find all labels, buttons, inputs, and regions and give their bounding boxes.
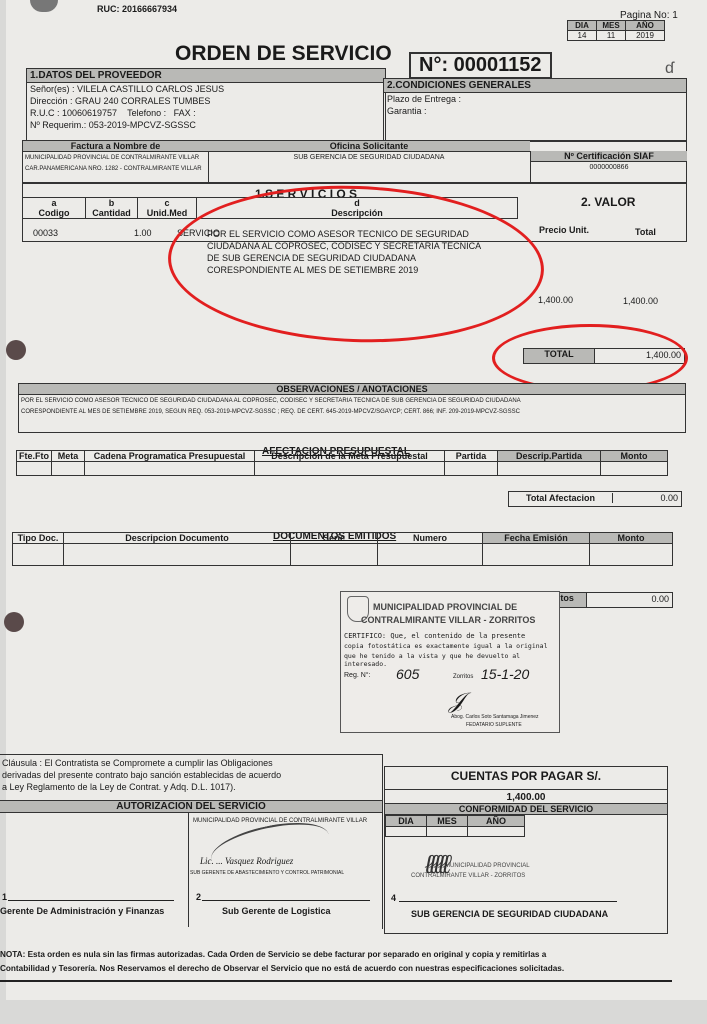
dia-label: DIA — [568, 21, 597, 31]
dia-value: 14 — [568, 31, 597, 41]
divider — [0, 754, 382, 755]
delivery-term: Plazo de Entrega : — [384, 93, 686, 105]
provider-section-title: 1.DATOS DEL PROVEEDOR — [27, 69, 385, 83]
observations-line2: CORESPONDIENTE AL MES DE SETIEMBRE 2019,… — [19, 404, 685, 415]
sig2-number: 2 — [196, 892, 201, 902]
conditions-section-title: 2.CONDICIONES GENERALES — [384, 79, 686, 93]
payable-amount: 1,400.00 — [385, 790, 667, 803]
provider-contact-row: R.U.C : 10060619757 Telefono : FAX : — [27, 107, 385, 119]
stamp-cert1: CERTIFICO: Que, el contenido de la prese… — [344, 632, 525, 640]
factura-line1: MUNICIPALIDAD PROVINCIAL DE CONTRALMIRAN… — [23, 152, 208, 161]
factura-line2: CAR.PANAMERICANA NRO. 1282 - CONTRALMIRA… — [23, 161, 208, 172]
sig4-label: SUB GERENCIA DE SEGURIDAD CIUDADANA — [411, 909, 608, 919]
handwritten-mark-icon: ɗ — [665, 60, 674, 78]
conformity-date: DIAMESAÑO — [385, 815, 525, 837]
col-codigo: aCodigo — [23, 198, 86, 219]
mes-value: 11 — [597, 31, 626, 41]
documents-col: Fecha Emisión — [483, 533, 590, 544]
col-cantidad: bCantidad — [86, 198, 138, 219]
stamp-reg-label: Reg. N°: — [344, 672, 371, 679]
service-codigo: 00033 — [33, 228, 58, 238]
col-precio: Precio Unit. — [539, 225, 589, 235]
provider-fax: FAX : — [174, 108, 196, 118]
provider-requirement: Nº Requerim.: 053-2019-MPCVZ-SGSSC — [27, 119, 385, 131]
documents-total-value: 0.00 — [651, 594, 669, 604]
certification-stamp: MUNICIPALIDAD PROVINCIAL DE CONTRALMIRAN… — [340, 591, 560, 733]
documents-col: Descripcion Documento — [64, 533, 291, 544]
footer-note: NOTA: Esta orden es nula sin las firmas … — [0, 948, 564, 976]
order-number: N°: 00001152 — [409, 52, 552, 79]
provider-section: 1.DATOS DEL PROVEEDOR Señor(es) : VILELA… — [26, 68, 386, 142]
date-box: DIAMESAÑO 14112019 — [567, 20, 665, 41]
sig2-label: Sub Gerente de Logistica — [222, 906, 331, 916]
signature-mark-icon: 𝒥 — [449, 688, 464, 714]
budget-col: Partida — [445, 451, 498, 462]
documents-col: Tipo Doc. — [13, 533, 64, 544]
mes-label: MES — [597, 21, 626, 31]
observations-section: OBSERVACIONES / ANOTACIONES POR EL SERVI… — [18, 383, 686, 433]
stamp-reg-value: 605 — [396, 666, 419, 682]
conditions-section: 2.CONDICIONES GENERALES Plazo de Entrega… — [383, 78, 687, 142]
col-unid: cUnid.Med — [138, 198, 197, 219]
budget-total: Total Afectacion 0.00 — [508, 491, 682, 507]
stamp-date-value: 15-1-20 — [481, 666, 529, 682]
punch-hole — [4, 612, 24, 632]
observations-line1: POR EL SERVICIO COMO ASESOR TECNICO DE S… — [19, 395, 685, 404]
oficina-label: Oficina Solicitante — [208, 141, 530, 152]
documents-col: Numero — [378, 533, 483, 544]
stamp-line1: MUNICIPALIDAD PROVINCIAL DE — [373, 602, 517, 612]
clause-text: Cláusula : El Contratista se Compromete … — [2, 757, 281, 793]
divider — [382, 754, 383, 929]
budget-total-label: Total Afectacion — [509, 493, 613, 503]
billing-row: Factura a Nombre de MUNICIPALIDAD PROVIN… — [22, 140, 687, 184]
annotation-ellipse-total — [492, 324, 688, 392]
punch-hole — [6, 340, 26, 360]
budget-col: Descrip.Partida — [498, 451, 601, 462]
service-precio: 1,400.00 — [538, 295, 573, 305]
siaf-label: Nº Certificación SIAF — [531, 151, 687, 162]
stamp-date-label: Zorritos — [453, 674, 473, 680]
oficina-value: SUB GERENCIA DE SEGURIDAD CIUDADANA — [208, 152, 530, 161]
payable-title: CUENTAS POR PAGAR S/. — [385, 767, 667, 790]
divider — [0, 980, 672, 982]
sig4-stamp1: MUNICIPALIDAD PROVINCIAL — [445, 863, 530, 869]
col-total: Total — [635, 227, 656, 237]
documents-table: Tipo Doc. Descripcion Documento Serie Nu… — [12, 532, 673, 566]
stamp-signer: Abog. Carlos Soto Santamaga Jimenez — [451, 714, 539, 720]
siaf-cell: Nº Certificación SIAF 0000000866 — [530, 151, 687, 183]
sig1-line — [8, 900, 174, 901]
budget-col: Meta — [52, 451, 85, 462]
stamp-signer-role: FEDATARIO SUPLENTE — [466, 722, 522, 728]
sig1-label: Gerente De Administración y Finanzas — [0, 906, 164, 916]
stamp-line2: CONTRALMIRANTE VILLAR - ZORRITOS — [361, 615, 535, 625]
valor-title: 2. VALOR — [581, 195, 635, 209]
provider-address: Dirección : GRAU 240 CORRALES TUMBES — [27, 95, 385, 107]
sig4-number: 4 — [391, 893, 396, 903]
ano-label: AÑO — [626, 21, 665, 31]
budget-col: Cadena Programatica Presupuestal — [85, 451, 255, 462]
payable-section: CUENTAS POR PAGAR S/. 1,400.00 CONFORMID… — [384, 766, 668, 934]
signature-loops-icon: ℓℓℓℓℓ — [425, 849, 447, 880]
service-cantidad: 1.00 — [134, 228, 152, 238]
oficina-cell: Oficina Solicitante SUB GERENCIA DE SEGU… — [208, 141, 530, 183]
provider-ruc: R.U.C : 10060619757 — [30, 108, 117, 118]
documents-col: Monto — [590, 533, 673, 544]
sig4-line — [399, 901, 617, 902]
conformity-title: CONFORMIDAD DEL SERVICIO — [385, 803, 667, 815]
page-title: ORDEN DE SERVICIO — [175, 42, 392, 66]
provider-name: Señor(es) : VILELA CASTILLO CARLOS JESUS — [27, 83, 385, 95]
factura-label: Factura a Nombre de — [23, 141, 208, 152]
provider-phone: Telefono : — [127, 108, 166, 118]
divider — [188, 812, 189, 927]
stamp-cert2: copia fotostática es exactamente igual a… — [344, 642, 548, 650]
issuer-ruc: RUC: 20166667934 — [97, 4, 177, 14]
documents-col: Serie — [291, 533, 378, 544]
budget-total-value: 0.00 — [660, 493, 678, 503]
sig1-number: 1 — [2, 892, 7, 902]
observations-title: OBSERVACIONES / ANOTACIONES — [19, 384, 685, 395]
budget-col: Monto — [601, 451, 668, 462]
factura-cell: Factura a Nombre de MUNICIPALIDAD PROVIN… — [23, 141, 209, 183]
budget-table: Fte.Fto Meta Cadena Programatica Presupu… — [16, 450, 668, 476]
ano-value: 2019 — [626, 31, 665, 41]
guarantee: Garantia : — [384, 105, 686, 117]
siaf-value: 0000000866 — [531, 162, 687, 171]
sig2-line — [202, 900, 370, 901]
budget-col: Descripción de la Meta Presupuestal — [255, 451, 445, 462]
service-total: 1,400.00 — [623, 296, 658, 306]
budget-col: Fte.Fto — [17, 451, 52, 462]
authorization-title: AUTORIZACION DEL SERVICIO — [0, 800, 382, 813]
